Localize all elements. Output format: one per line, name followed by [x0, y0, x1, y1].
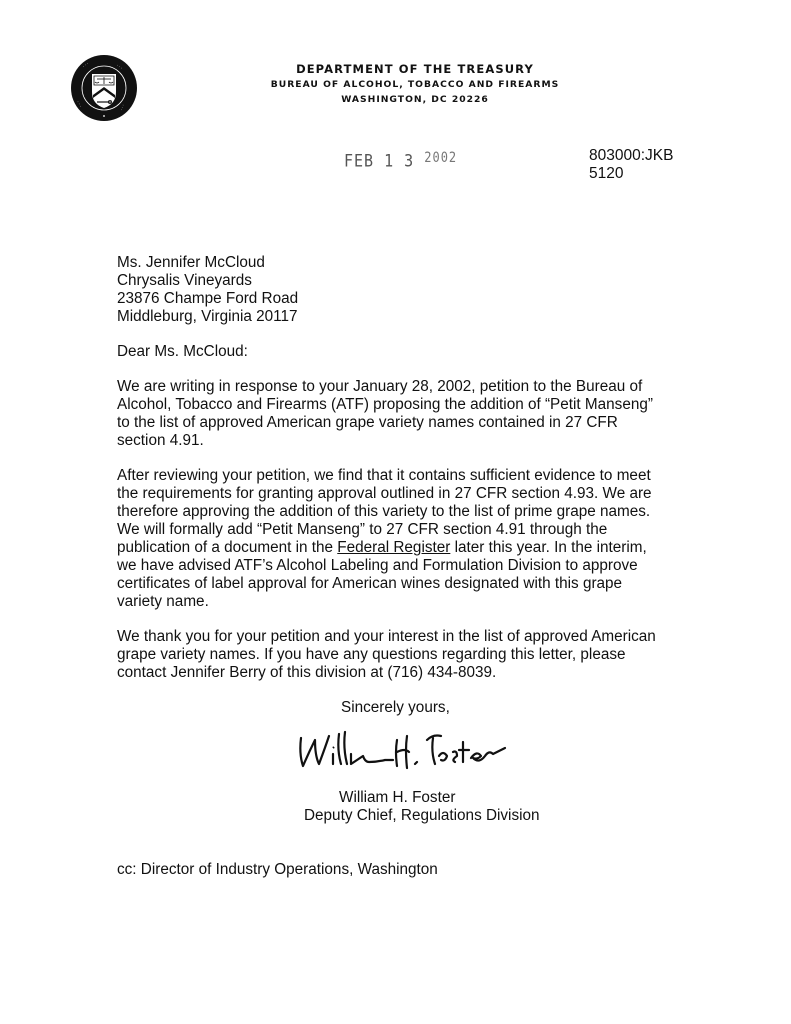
bureau-seal-icon: · · · · · · · · · · · · [70, 54, 138, 122]
bureau-address: WASHINGTON, DC 20226 [230, 92, 600, 107]
paragraph-line: we have advised ATF’s Alcohol Labeling a… [117, 557, 638, 575]
recipient-name: Ms. Jennifer McCloud [117, 254, 265, 272]
paragraph-line: certificates of label approval for Ameri… [117, 575, 622, 593]
reference-block: 803000:JKB 5120 [589, 147, 673, 183]
file-number: 5120 [589, 165, 673, 183]
bureau-name: BUREAU OF ALCOHOL, TOBACCO AND FIREARMS [230, 77, 600, 92]
reference-code: 803000:JKB [589, 147, 673, 165]
salutation: Dear Ms. McCloud: [117, 343, 248, 361]
date-stamp-year: 2002 [424, 150, 457, 166]
letterhead: DEPARTMENT OF THE TREASURY BUREAU OF ALC… [230, 62, 600, 107]
recipient-city: Middleburg, Virginia 20117 [117, 308, 298, 326]
paragraph-line: Alcohol, Tobacco and Firearms (ATF) prop… [117, 396, 653, 414]
paragraph-line: publication of a document in the Federal… [117, 539, 647, 557]
paragraph-line: contact Jennifer Berry of this division … [117, 664, 496, 682]
paragraph-line: therefore approving the addition of this… [117, 503, 650, 521]
handwritten-signature-icon [293, 726, 513, 776]
signer-name: William H. Foster [339, 789, 455, 807]
department-name: DEPARTMENT OF THE TREASURY [230, 62, 600, 77]
recipient-organization: Chrysalis Vineyards [117, 272, 252, 290]
closing: Sincerely yours, [341, 699, 450, 717]
federal-register-title: Federal Register [337, 539, 450, 556]
paragraph-line: We will formally add “Petit Manseng” to … [117, 521, 607, 539]
paragraph-line: After reviewing your petition, we find t… [117, 467, 651, 485]
paragraph-line: section 4.91. [117, 432, 204, 450]
paragraph-line: grape variety names. If you have any que… [117, 646, 626, 664]
paragraph-line: We are writing in response to your Janua… [117, 378, 642, 396]
paragraph-line: variety name. [117, 593, 209, 611]
date-stamp-month-day: FEB 1 3 [344, 151, 414, 172]
signer-title: Deputy Chief, Regulations Division [304, 807, 540, 825]
text-segment: later this year. In the interim, [450, 539, 646, 556]
paragraph-line: to the list of approved American grape v… [117, 414, 618, 432]
paragraph-line: the requirements for granting approval o… [117, 485, 652, 503]
text-segment: publication of a document in the [117, 539, 337, 556]
date-stamp: FEB 1 3 2002 [344, 151, 457, 172]
paragraph-line: We thank you for your petition and your … [117, 628, 656, 646]
recipient-street: 23876 Champe Ford Road [117, 290, 298, 308]
cc-line: cc: Director of Industry Operations, Was… [117, 861, 438, 879]
